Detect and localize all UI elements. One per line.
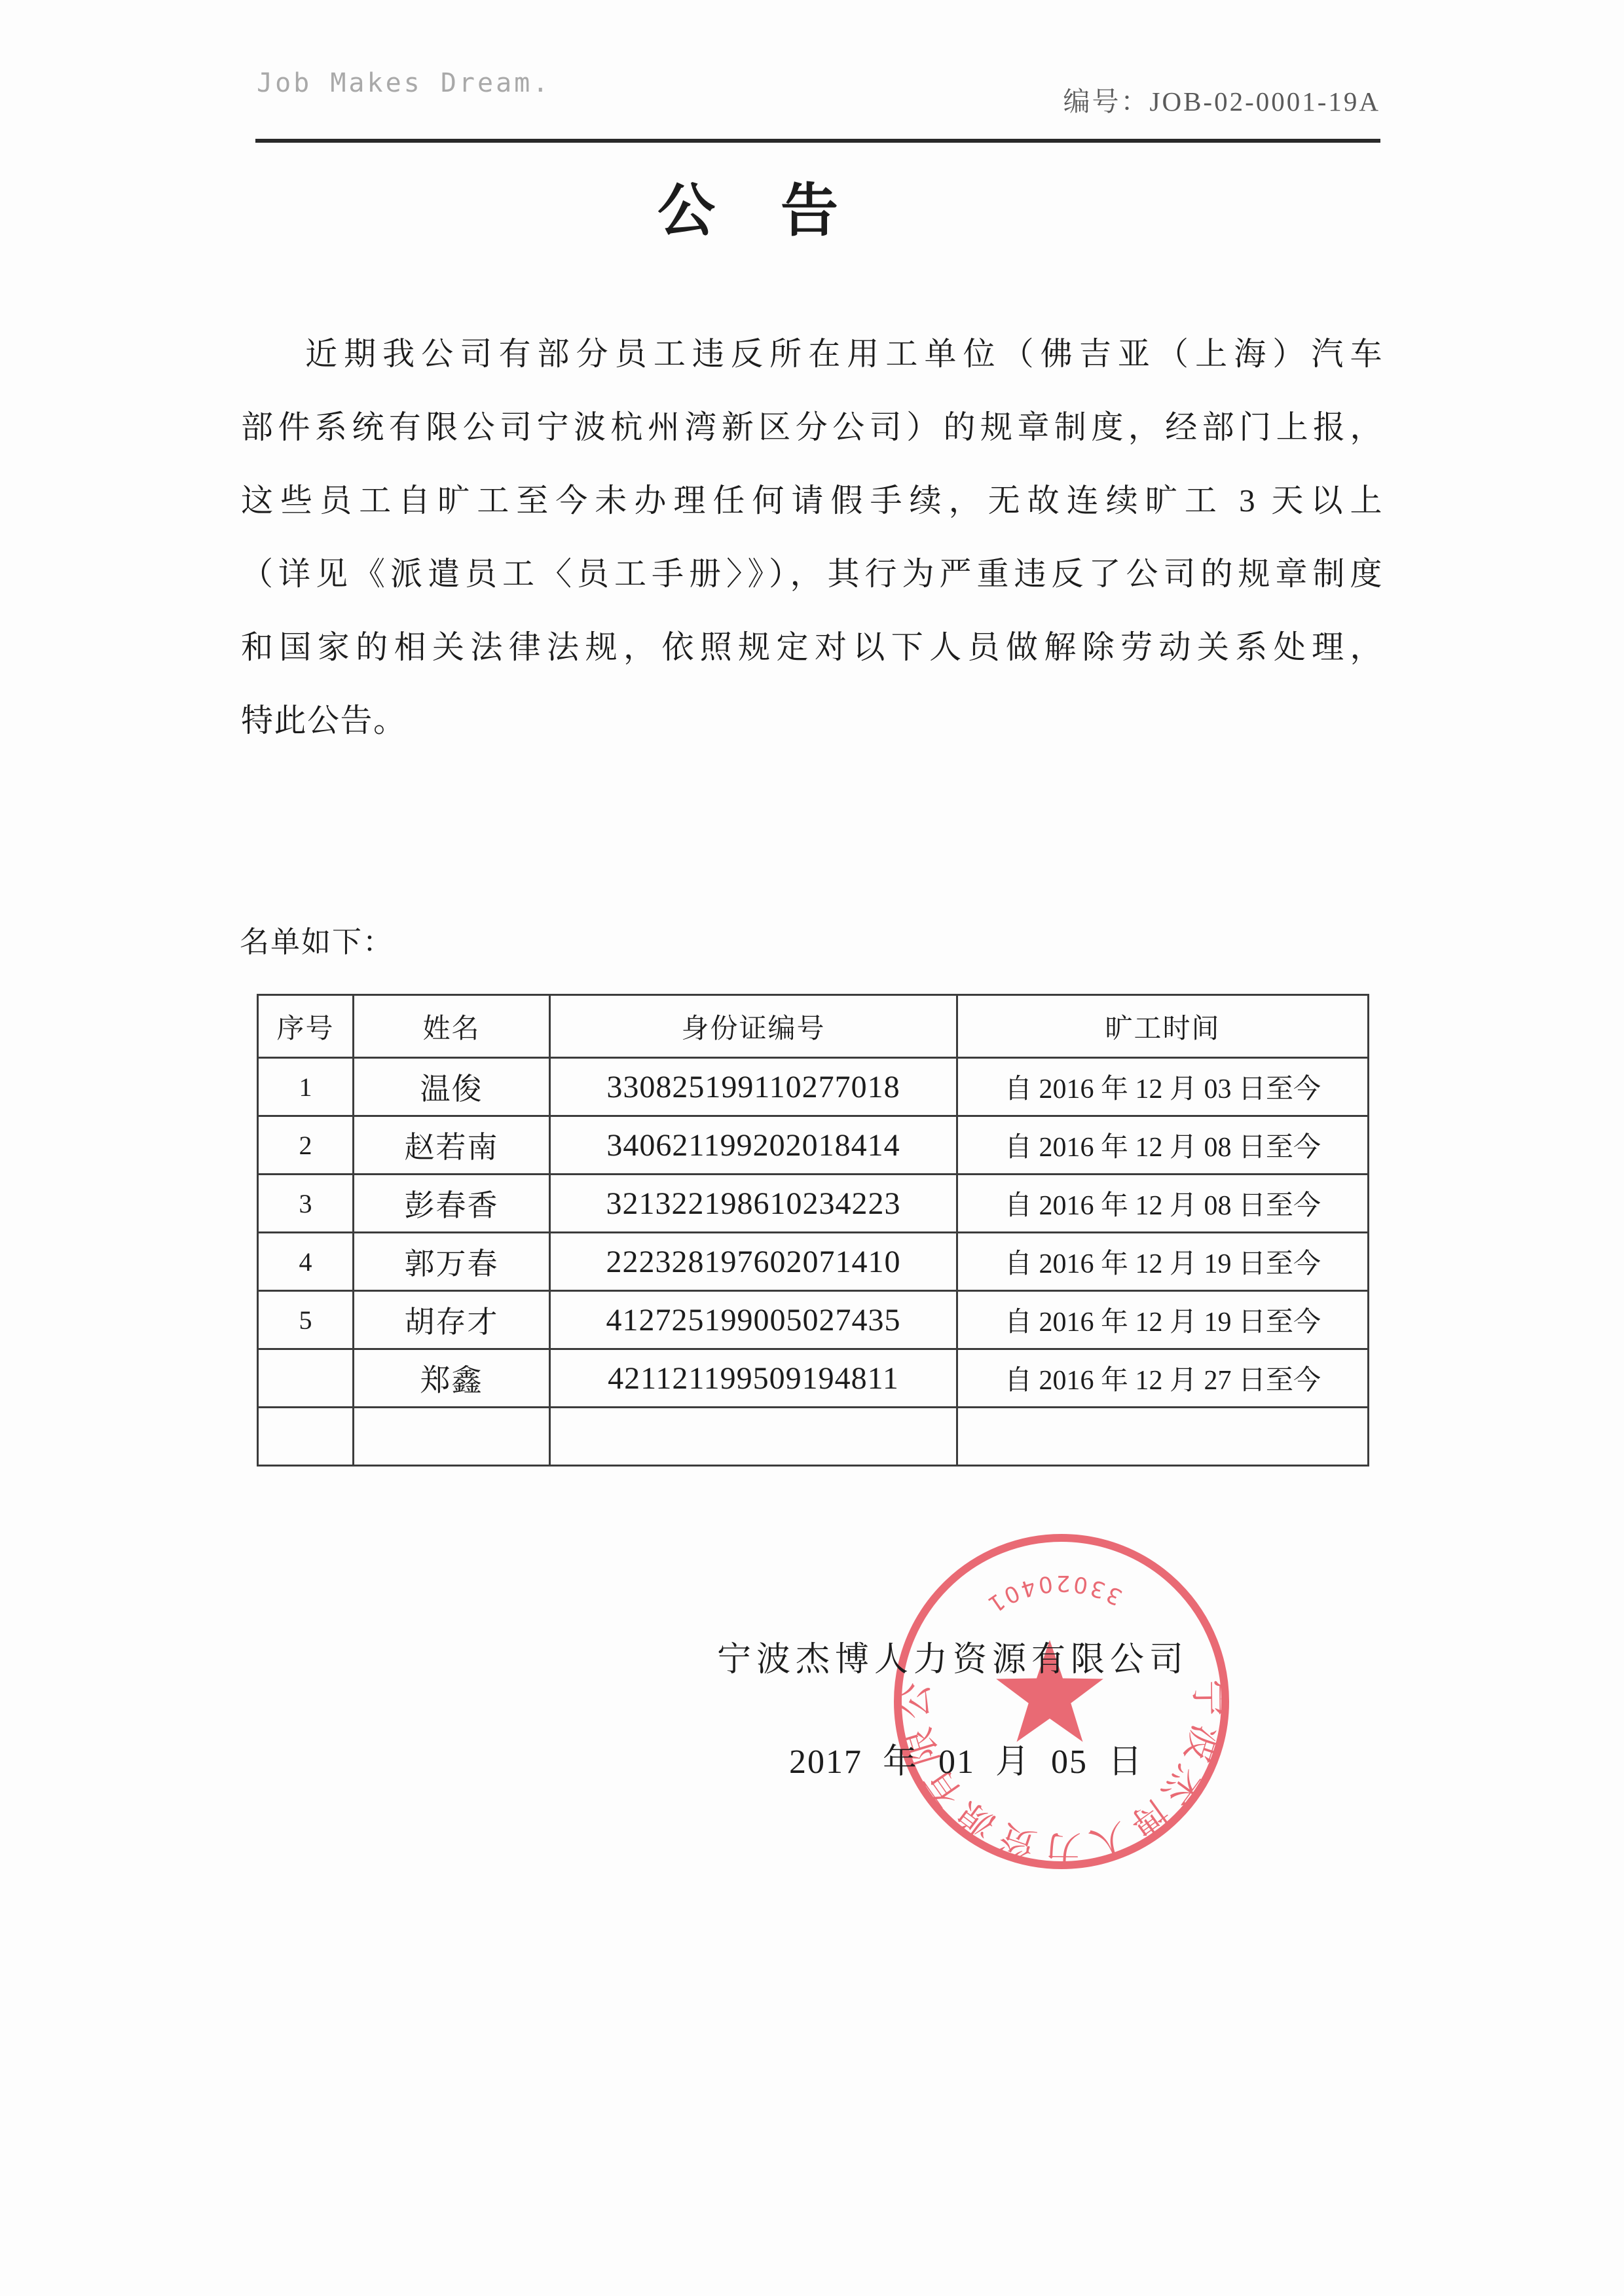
table-cell: 自 2016 年 12 月 08 日至今 <box>957 1116 1369 1175</box>
table-cell: 自 2016 年 12 月 19 日至今 <box>957 1291 1369 1349</box>
header-slogan: Job Makes Dream. <box>257 68 551 98</box>
table-cell: 4 <box>258 1233 354 1291</box>
table-cell: 222328197602071410 <box>550 1233 957 1291</box>
list-label: 名单如下： <box>240 918 394 960</box>
table-cell: 2 <box>258 1116 354 1175</box>
table-cell <box>258 1349 354 1408</box>
absence-roster-table: 序号姓名身份证编号旷工时间 1温俊330825199110277018自 201… <box>257 994 1369 1467</box>
column-header: 姓名 <box>354 995 550 1058</box>
table-cell: 421121199509194811 <box>550 1349 957 1408</box>
table-cell: 胡存才 <box>354 1291 550 1349</box>
table-body: 1温俊330825199110277018自 2016 年 12 月 03 日至… <box>258 1058 1369 1466</box>
table-cell: 3 <box>258 1175 354 1233</box>
table-cell <box>550 1408 957 1466</box>
table-cell: 330825199110277018 <box>550 1058 957 1116</box>
document-number-label: 编号： <box>1063 86 1150 117</box>
document-page: Job Makes Dream. 编号：JOB-02-0001-19A 公 告 … <box>0 0 1624 2296</box>
table-row: 3彭春香321322198610234223自 2016 年 12 月 08 日… <box>258 1175 1369 1233</box>
table-row: 4郭万春222328197602071410自 2016 年 12 月 19 日… <box>258 1233 1369 1291</box>
table-cell: 自 2016 年 12 月 19 日至今 <box>957 1233 1369 1291</box>
company-stamp: 宁波杰博人力资源有限公司 3302040144565 <box>885 1525 1238 1878</box>
table-cell: 赵若南 <box>354 1116 550 1175</box>
table-cell: 340621199202018414 <box>550 1116 957 1175</box>
paragraph-line: 这些员工自旷工至今未办理任何请假手续，无故连续旷工 3 天以上 <box>241 475 1383 517</box>
table-cell <box>354 1408 550 1466</box>
table-row <box>258 1408 1369 1466</box>
table-cell <box>957 1408 1369 1466</box>
document-number: 编号：JOB-02-0001-19A <box>1063 80 1380 118</box>
paragraph-line: 特此公告。 <box>241 695 1383 737</box>
signature-company: 宁波杰博人力资源有限公司 <box>717 1631 1189 1681</box>
table-cell: 自 2016 年 12 月 08 日至今 <box>957 1175 1369 1233</box>
page-title: 公 告 <box>0 165 1500 247</box>
table-cell: 自 2016 年 12 月 27 日至今 <box>957 1349 1369 1408</box>
table-row: 郑鑫421121199509194811自 2016 年 12 月 27 日至今 <box>258 1349 1369 1408</box>
table-cell <box>258 1408 354 1466</box>
table-cell: 412725199005027435 <box>550 1291 957 1349</box>
header-divider <box>255 139 1380 143</box>
column-header: 身份证编号 <box>550 995 957 1058</box>
paragraph-line: 近期我公司有部分员工违反所在用工单位（佛吉亚（上海）汽车 <box>241 329 1383 371</box>
table-cell: 彭春香 <box>354 1175 550 1233</box>
table-header-row: 序号姓名身份证编号旷工时间 <box>258 995 1369 1058</box>
table-row: 5胡存才412725199005027435自 2016 年 12 月 19 日… <box>258 1291 1369 1349</box>
paragraph-line: 部件系统有限公司宁波杭州湾新区分公司）的规章制度，经部门上报， <box>241 402 1383 444</box>
table-cell: 1 <box>258 1058 354 1116</box>
document-number-value: JOB-02-0001-19A <box>1150 86 1380 117</box>
table-cell: 郑鑫 <box>354 1349 550 1408</box>
column-header: 序号 <box>258 995 354 1058</box>
table-row: 1温俊330825199110277018自 2016 年 12 月 03 日至… <box>258 1058 1369 1116</box>
table-cell: 321322198610234223 <box>550 1175 957 1233</box>
signature-date: 2017 年 01 月 05 日 <box>789 1734 1143 1783</box>
table-cell: 郭万春 <box>354 1233 550 1291</box>
paragraph-line: （详见《派遣员工〈员工手册〉》），其行为严重违反了公司的规章制度 <box>241 549 1383 591</box>
table-cell: 5 <box>258 1291 354 1349</box>
table-cell: 自 2016 年 12 月 03 日至今 <box>957 1058 1369 1116</box>
table-cell: 温俊 <box>354 1058 550 1116</box>
table-row: 2赵若南340621199202018414自 2016 年 12 月 08 日… <box>258 1116 1369 1175</box>
paragraph-line: 和国家的相关法律法规，依照规定对以下人员做解除劳动关系处理， <box>241 622 1383 664</box>
column-header: 旷工时间 <box>957 995 1369 1058</box>
